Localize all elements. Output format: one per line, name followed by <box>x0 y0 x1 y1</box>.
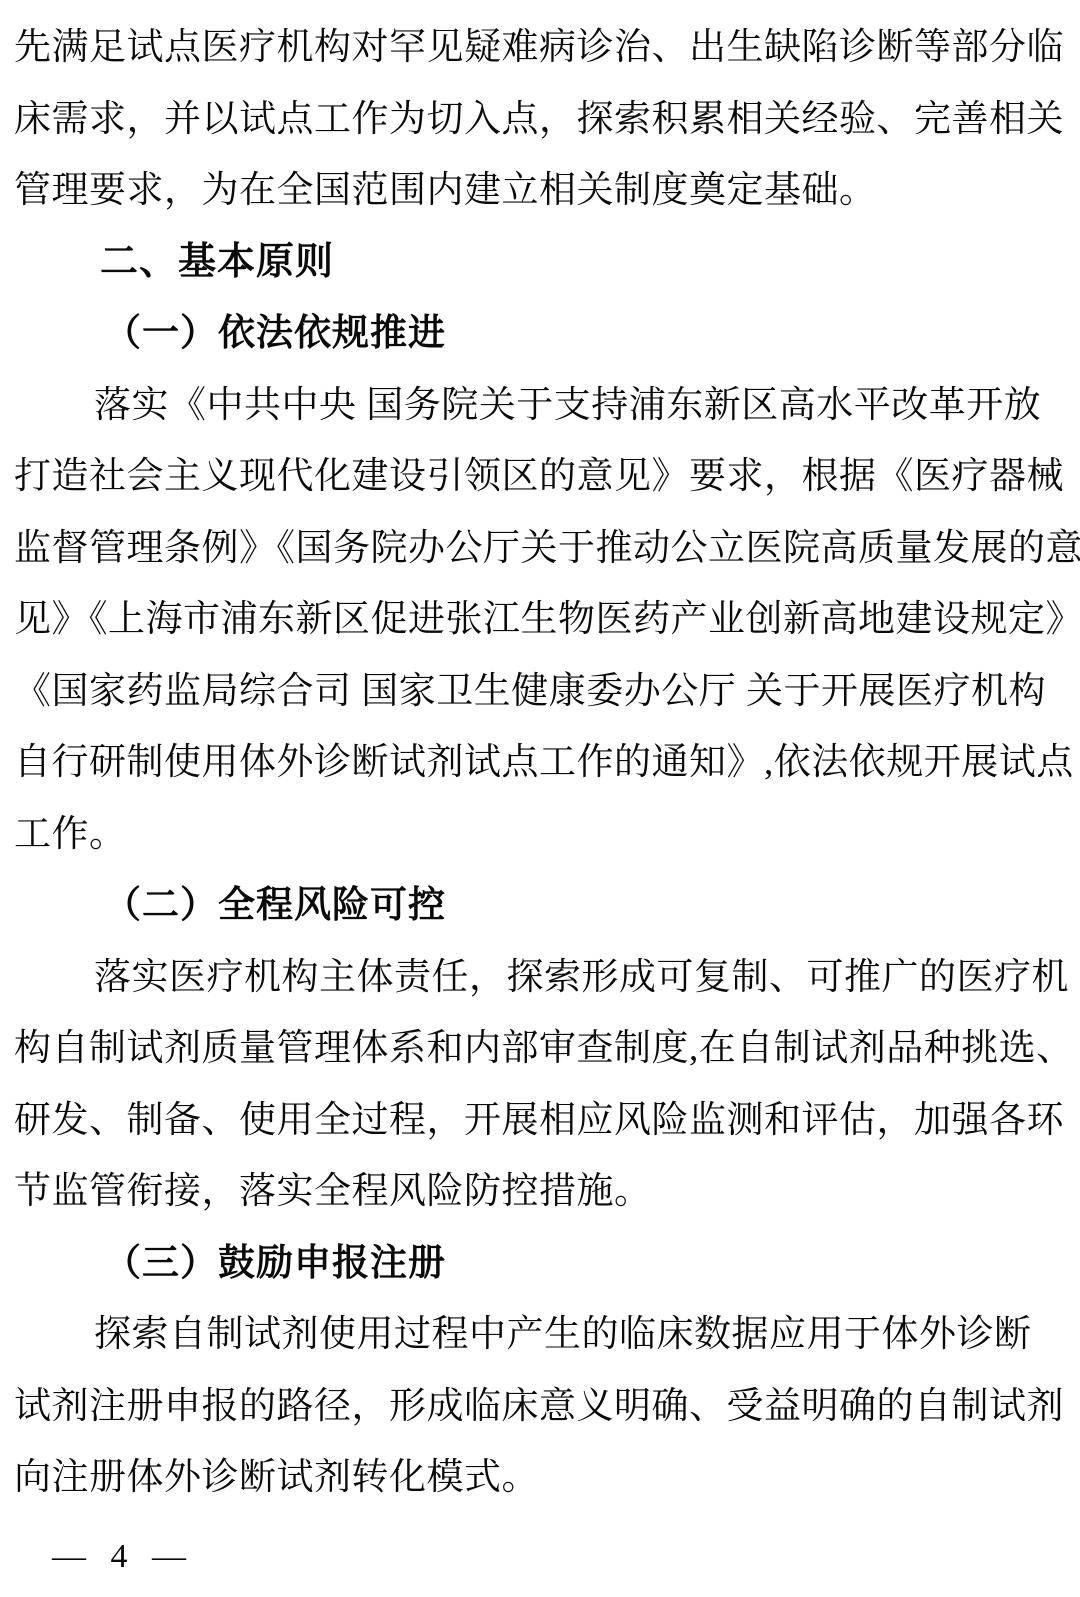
text-line: 构自制试剂质量管理体系和内部审查制度,在自制试剂品种挑选、 <box>14 1013 1074 1085</box>
text-line: 管理要求，为在全国范围内建立相关制度奠定基础。 <box>14 155 1074 227</box>
text-line: 监督管理条例》《国务院办公厅关于推动公立医院高质量发展的意 <box>14 513 1074 585</box>
text-line: 工作。 <box>14 799 1074 871</box>
text-line: 向注册体外诊断试剂转化模式。 <box>14 1442 1074 1514</box>
text-line: 探索自制试剂使用过程中产生的临床数据应用于体外诊断 <box>14 1299 1074 1371</box>
text-line: 先满足试点医疗机构对罕见疑难病诊治、出生缺陷诊断等部分临 <box>14 12 1074 84</box>
text-line: 《国家药监局综合司 国家卫生健康委办公厅 关于开展医疗机构 <box>14 656 1074 728</box>
text-line: 自行研制使用体外诊断试剂试点工作的通知》,依法依规开展试点 <box>14 727 1074 799</box>
page-number: — 4 — <box>52 1538 194 1576</box>
text-line: 节监管衔接，落实全程风险防控措施。 <box>14 1156 1074 1228</box>
text-line: 打造社会主义现代化建设引领区的意见》要求，根据《医疗器械 <box>14 441 1074 513</box>
text-line: 见》《上海市浦东新区促进张江生物医药产业创新高地建设规定》 <box>14 584 1074 656</box>
document-page: 先满足试点医疗机构对罕见疑难病诊治、出生缺陷诊断等部分临床需求，并以试点工作为切… <box>0 0 1080 1597</box>
document-body: 先满足试点医疗机构对罕见疑难病诊治、出生缺陷诊断等部分临床需求，并以试点工作为切… <box>14 12 1074 1514</box>
text-line: 床需求，并以试点工作为切入点，探索积累相关经验、完善相关 <box>14 84 1074 156</box>
subsection-heading: （三）鼓励申报注册 <box>14 1228 1074 1300</box>
section-heading: 二、基本原则 <box>14 227 1074 299</box>
subsection-heading: （一）依法依规推进 <box>14 298 1074 370</box>
subsection-heading: （二）全程风险可控 <box>14 870 1074 942</box>
text-line: 试剂注册申报的路径，形成临床意义明确、受益明确的自制试剂 <box>14 1371 1074 1443</box>
text-line: 落实医疗机构主体责任，探索形成可复制、可推广的医疗机 <box>14 942 1074 1014</box>
text-line: 研发、制备、使用全过程，开展相应风险监测和评估，加强各环 <box>14 1085 1074 1157</box>
text-line: 落实《中共中央 国务院关于支持浦东新区高水平改革开放 <box>14 370 1074 442</box>
